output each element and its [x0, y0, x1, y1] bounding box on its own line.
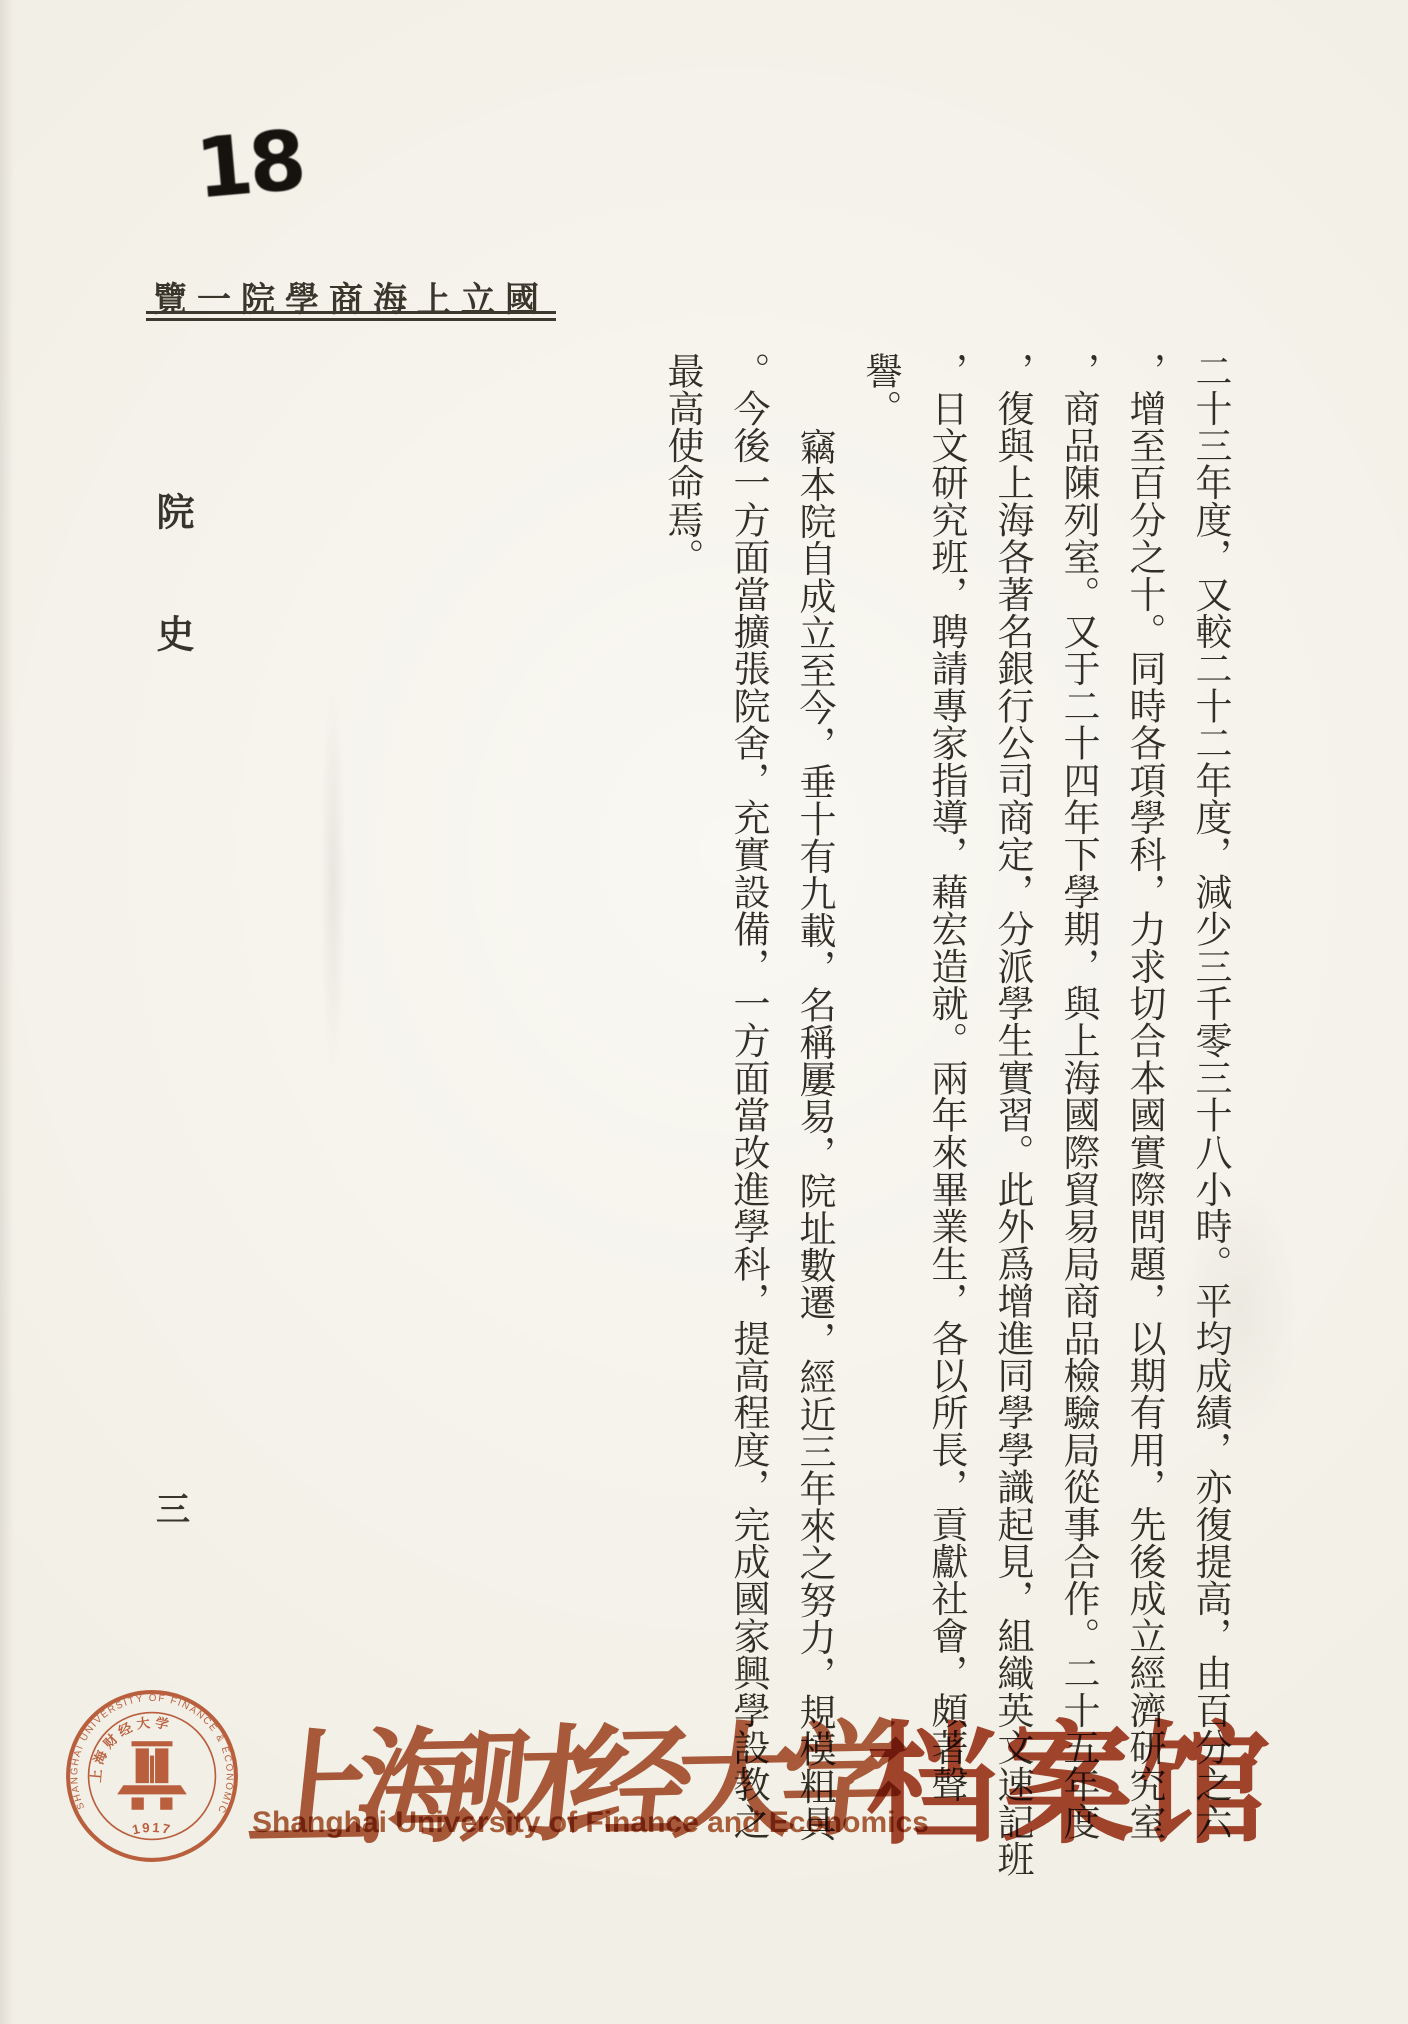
svg-text:上海财经大学: 上海财经大学 — [88, 1714, 174, 1783]
text-column-9: 最高使命焉。 — [662, 352, 700, 1882]
text-column-4: ，復與上海各著名銀行公司商定，分派學生實習。此外爲增進同學學識起見，組織英文速記… — [992, 352, 1030, 1882]
handwritten-page-number: 18 — [192, 114, 306, 218]
seal-ring-text: SHANGHAI UNIVERSITY OF FINANCE & ECONOMI… — [64, 1688, 235, 1816]
text-column-6: 譽。 — [860, 352, 898, 1882]
scanned-document-page: 18 覽一院學商海上立國 院史 二十三年度，又較二十二年度，減少三千零三十八小時… — [0, 0, 1408, 2024]
text-column-3: ，商品陳列室。又于二十四年下學期，與上海國際貿易局商品檢驗局從事合作。二十五年度 — [1058, 352, 1096, 1882]
title-double-underline — [146, 311, 556, 321]
text-column-2: ，增至百分之十。同時各項學科，力求切合本國實際問題，以期有用，先後成立經濟研究室 — [1124, 352, 1162, 1882]
seal-inner-text: 上海财经大学 — [88, 1714, 174, 1783]
page-number: 三 — [156, 1482, 190, 1531]
svg-text:1917: 1917 — [131, 1820, 173, 1838]
text-column-5: ，日文研究班，聘請專家指導，藉宏造就。兩年來畢業生，各以所長，貢獻社會，頗著聲 — [926, 352, 964, 1882]
building-icon — [117, 1741, 187, 1810]
text-column-7: 竊本院自成立至今，垂十有九載，名稱屢易，院址數遷，經近三年來之努力，規模粗具 — [794, 352, 832, 1882]
seal-year: 1917 — [131, 1820, 173, 1838]
body-text-vertical: 二十三年度，又較二十二年度，減少三千零三十八小時。平均成績，亦復提高，由百分之六… — [662, 352, 1228, 1882]
svg-text:SHANGHAI UNIVERSITY OF FINANCE: SHANGHAI UNIVERSITY OF FINANCE & ECONOMI… — [64, 1688, 235, 1816]
paper-smudge — [320, 680, 346, 1080]
section-label-yuan-shi: 院史 — [144, 492, 199, 736]
text-column-1: 二十三年度，又較二十二年度，減少三千零三十八小時。平均成績，亦復提高，由百分之六 — [1190, 352, 1228, 1882]
paper-edge-shadow — [0, 0, 14, 2024]
university-seal-icon: SHANGHAI UNIVERSITY OF FINANCE & ECONOMI… — [64, 1688, 240, 1864]
text-column-8: 。今後一方面當擴張院舍，充實設備，一方面當改進學科，提高程度，完成國家興學設教之 — [728, 352, 766, 1882]
